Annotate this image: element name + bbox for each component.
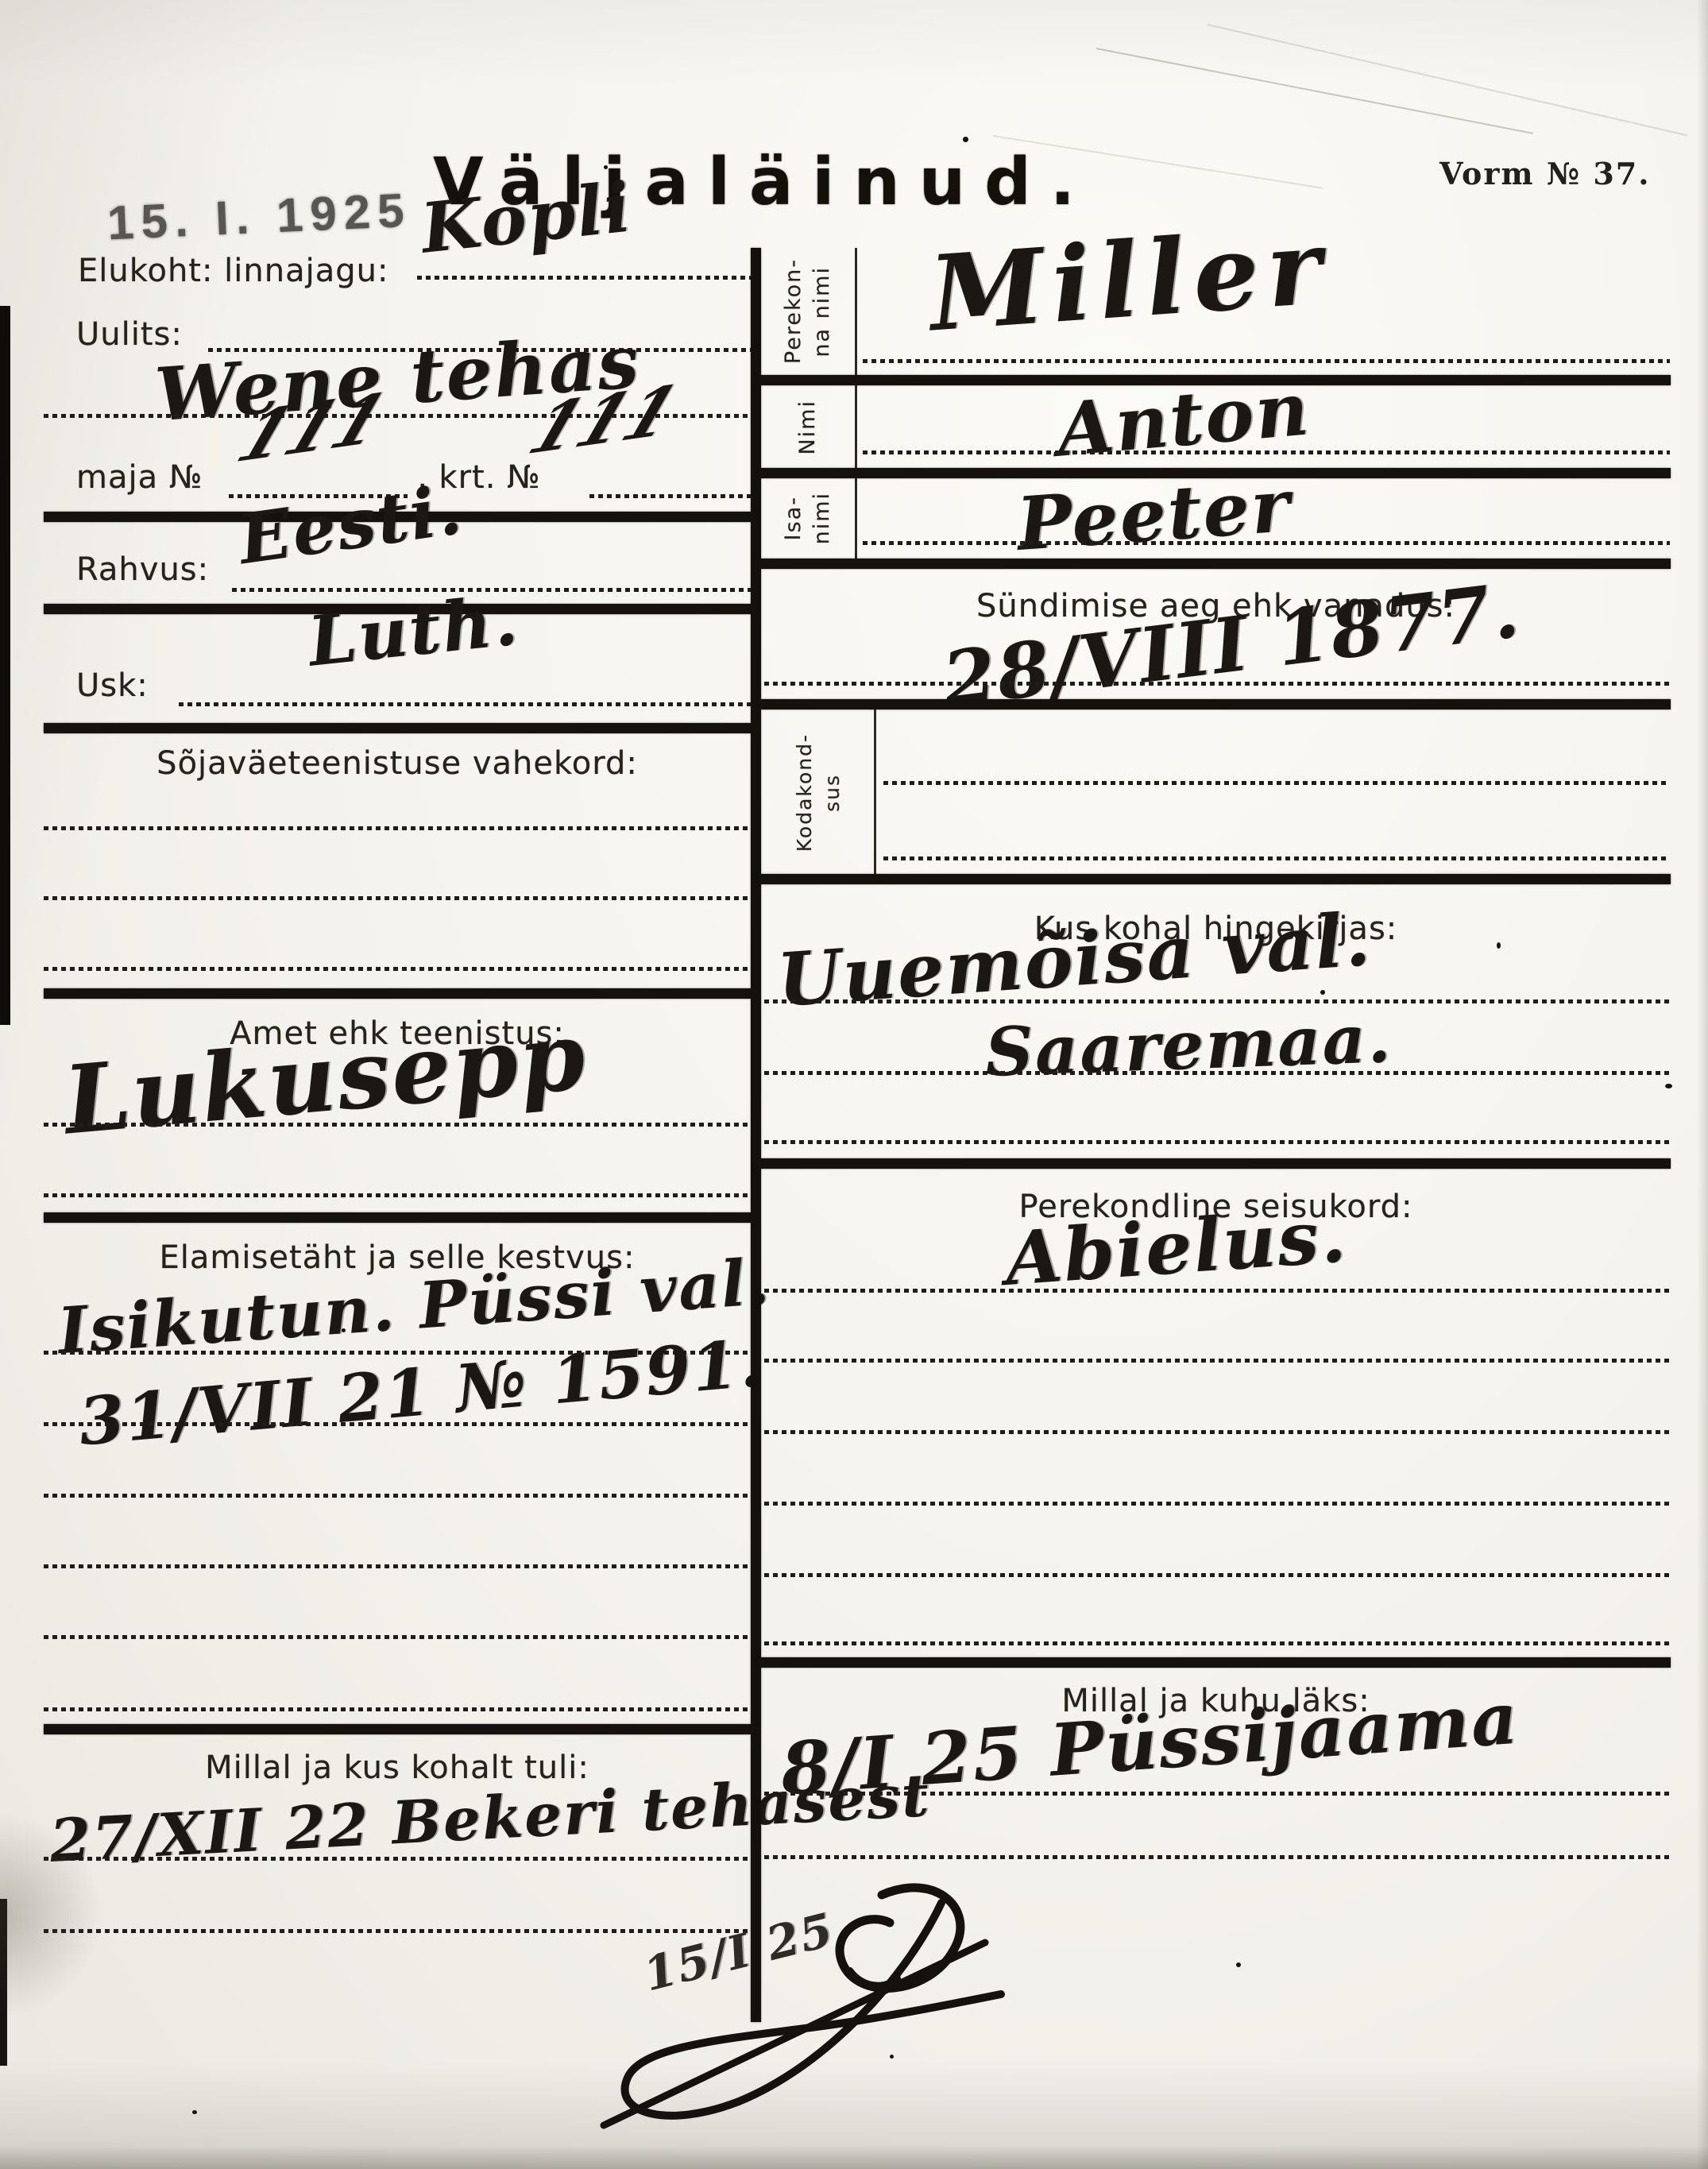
- surname-label-line2: na nimi: [811, 266, 833, 358]
- scan-speck: [1497, 942, 1501, 949]
- citizenship-label: Kodakond- sus: [769, 713, 868, 872]
- dotted-line: [863, 359, 1670, 363]
- dotted-line: [44, 1857, 751, 1861]
- dotted-line: [179, 702, 751, 706]
- scan-speck: [890, 2055, 894, 2059]
- dotted-line: [44, 826, 751, 830]
- scan-speck: [1236, 1962, 1241, 1967]
- street-label: Uulits:: [76, 316, 183, 353]
- dotted-line: [764, 1502, 1670, 1506]
- rule-line: [44, 1724, 751, 1734]
- nationality-value: Eesti.: [234, 476, 466, 575]
- scan-crease: [1208, 24, 1688, 136]
- column-divider: [751, 248, 761, 2022]
- dotted-line: [44, 1123, 751, 1127]
- scan-speck: [604, 165, 608, 169]
- date-stamp: 15. I. 1925: [106, 183, 412, 251]
- dotted-line: [764, 1071, 1670, 1075]
- dotted-line: [44, 1564, 751, 1568]
- dotted-line: [764, 1792, 1670, 1796]
- label-cell-rule: [855, 248, 857, 559]
- dotted-line: [764, 682, 1670, 686]
- dotted-line: [417, 276, 751, 280]
- fathername-value: Peeter: [1014, 469, 1293, 561]
- dotted-line: [589, 494, 751, 498]
- scan-edge-mark: [0, 306, 10, 1025]
- rule-line: [759, 699, 1671, 709]
- dotted-line: [764, 1359, 1670, 1363]
- rule-line: [44, 723, 751, 733]
- signature-flourish: [508, 1875, 1049, 2137]
- dotted-line: [883, 781, 1670, 785]
- dotted-line: [764, 1855, 1670, 1859]
- dotted-line: [44, 967, 751, 971]
- firstname-label-text: Nimi: [797, 400, 819, 455]
- scan-speck: [1320, 990, 1325, 995]
- scan-speck: [192, 2110, 197, 2114]
- rule-line: [759, 1657, 1671, 1668]
- fathername-label-line2: nimi: [811, 492, 833, 544]
- form-number: Vorm № 37.: [1439, 156, 1650, 191]
- citizenship-label-line2: sus: [822, 774, 843, 812]
- scan-speck: [963, 137, 968, 142]
- dotted-line: [44, 1494, 751, 1498]
- dotted-line: [764, 999, 1670, 1003]
- dotted-line: [44, 896, 751, 900]
- marital-value: Abielus.: [1003, 1199, 1349, 1296]
- rule-line: [759, 1158, 1671, 1169]
- religion-value: Luth.: [305, 586, 522, 676]
- residence-label: Elukoht: linnajagu:: [78, 253, 388, 289]
- rule-line: [44, 1212, 751, 1223]
- surname-label-line1: Perekon-: [783, 258, 805, 364]
- rule-line: [759, 559, 1671, 569]
- scan-smudge: [0, 1811, 103, 2018]
- religion-label: Usk:: [76, 667, 149, 704]
- scan-crease: [1096, 48, 1533, 134]
- rule-line: [759, 874, 1671, 884]
- dotted-line: [764, 1140, 1670, 1144]
- scan-edge-right: [1697, 0, 1708, 2169]
- dotted-line: [44, 1635, 751, 1639]
- dotted-line: [863, 541, 1670, 545]
- residence-value: Kopli: [418, 173, 635, 263]
- dotted-line: [883, 856, 1670, 860]
- fathername-label: Isa- nimi: [764, 481, 852, 556]
- dotted-line: [764, 1430, 1670, 1434]
- surname-label: Perekon- na nimi: [764, 253, 852, 370]
- nationality-label: Rahvus:: [76, 551, 209, 588]
- dotted-line: [764, 1573, 1670, 1577]
- house-label: maja №: [76, 459, 203, 496]
- dotted-line: [44, 1422, 751, 1426]
- dotted-line: [863, 450, 1670, 454]
- citizenship-label-line1: Kodakond-: [794, 733, 815, 852]
- rule-line: [44, 988, 751, 999]
- firstname-label: Nimi: [764, 389, 852, 465]
- dotted-line: [764, 1641, 1670, 1645]
- surname-value: Miller: [926, 215, 1332, 346]
- dotted-line: [44, 1707, 751, 1711]
- dotted-line: [764, 1289, 1670, 1293]
- scan-speck: [342, 1328, 346, 1332]
- dotted-line: [44, 1193, 751, 1197]
- scan-edge-bottom: [0, 2145, 1708, 2169]
- registration-card: 15. I. 1925 Väljaläinud. Vorm № 37. Eluk…: [0, 0, 1708, 2169]
- military-service-heading: Sõjaväeteenistuse vahekord:: [44, 745, 751, 782]
- label-cell-rule: [874, 709, 876, 876]
- fathername-label-line1: Isa-: [783, 496, 805, 540]
- scan-speck: [1665, 1084, 1672, 1088]
